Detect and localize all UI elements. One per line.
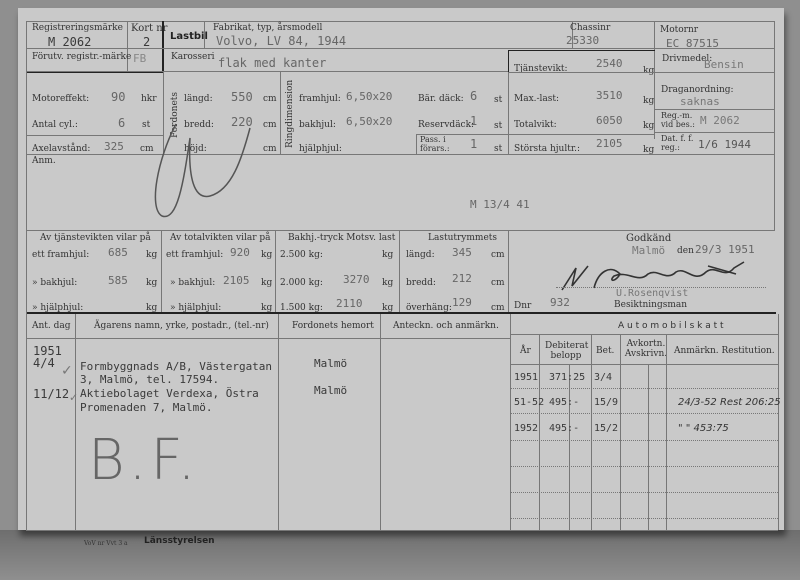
approval-den: den (677, 246, 694, 256)
axle-label: Axelavstånd: (32, 144, 90, 154)
chassis-label: Chassinr (570, 23, 610, 33)
handwritten-initials: B.F. (88, 428, 199, 493)
rule (26, 21, 774, 22)
max-load-label: Max.-last: (514, 94, 559, 104)
card-value: 2 (143, 35, 150, 49)
axle-total-title: Av totalvikten vilar på (170, 233, 271, 243)
tax-row-note: " " 453:75 (678, 423, 729, 434)
rule (508, 230, 509, 312)
rule (778, 314, 779, 530)
reg-value: M 2062 (48, 35, 91, 49)
unit: kg (261, 250, 272, 260)
tax-row-paid: 15/9 (594, 397, 618, 408)
tax-row-year: 1952 (514, 423, 538, 434)
vehicle-type: Lastbil (170, 31, 208, 42)
unit: kg (382, 278, 393, 288)
owners-header-notes: Anteckn. och anmärkn. (393, 321, 499, 331)
rule (654, 132, 774, 133)
prev-reg-value: FB (133, 52, 146, 65)
largest-wheel-label: Största hjultr.: (514, 144, 580, 154)
rule (416, 134, 417, 154)
axle-service-title: Av tjänstevikten vilar på (40, 233, 151, 243)
owner-row-1-line1: Formbyggnads A/B, Västergatan (80, 360, 272, 373)
authority-label: Länsstyrelsen (144, 536, 215, 546)
pressure-row2-label: 2.000 kg: (280, 278, 323, 288)
unit: st (494, 95, 502, 105)
unit: st (494, 121, 502, 131)
spare-value: 1 (470, 114, 477, 128)
axle-total-front-label: ett framhjul: (166, 250, 223, 260)
rule (510, 364, 778, 365)
power-label: Motoreffekt: (32, 94, 89, 104)
total-weight-label: Totalvikt: (514, 120, 557, 130)
tax-row-amount: 495:- (549, 423, 579, 434)
cargo-width-label: bredd: (406, 278, 436, 288)
unit: kg (643, 96, 654, 106)
tax-title: A u t o m o b i l s k a t t (618, 321, 724, 331)
cyl-value: 6 (118, 116, 125, 130)
rims-section-label: Ringdimension (285, 80, 295, 148)
total-weight-value: 6050 (596, 114, 623, 127)
rule (774, 21, 775, 231)
tax-row-paid: 3/4 (594, 372, 612, 383)
handwritten-w-mark (148, 118, 268, 228)
tax-row-year: 51-52 (514, 397, 544, 408)
reg-label: Registreringsmärke (32, 23, 123, 33)
axle-service-front-label: ett framhjul: (32, 250, 89, 260)
rule (380, 314, 381, 530)
unit: cm (491, 278, 505, 288)
unit: kg (261, 278, 272, 288)
owner-row-2-line2: Promenaden 7, Malmö. (80, 401, 212, 414)
background-shadow (0, 530, 800, 580)
owner-row-2-home: Malmö (314, 384, 347, 397)
cargo-width-value: 212 (452, 272, 472, 285)
tow-label: Draganordning: (661, 85, 734, 95)
rule (26, 230, 774, 231)
rule (510, 388, 778, 389)
rule (510, 440, 778, 441)
tax-row-year: 1951 (514, 372, 538, 383)
rule (510, 466, 778, 467)
unit: cm (263, 94, 277, 104)
make-value: Volvo, LV 84, 1944 (216, 34, 346, 48)
first-reg-date-value: 1/6 1944 (698, 138, 751, 151)
cargo-overhang-value: 129 (452, 296, 472, 309)
cargo-length-value: 345 (452, 246, 472, 259)
rim-front-value: 6,50x20 (346, 90, 392, 103)
pressure-row2-value: 3270 (343, 273, 370, 286)
unit: st (494, 144, 502, 154)
owner-row-2-line1: Aktiebolaget Verdexa, Östra (80, 387, 259, 400)
unit: kg (146, 250, 157, 260)
rim-rear-label: bakhjul: (299, 120, 336, 130)
rear-pressure-title: Bakhj.-tryck Motsv. last (288, 233, 395, 243)
dnr-label: Dnr (514, 301, 531, 311)
axle-total-front-value: 920 (230, 246, 250, 259)
prev-reg-label: Förutv. registr.-märke (32, 52, 131, 62)
motor-label: Motornr (660, 25, 698, 35)
passengers-label: Pass. i förars.: (420, 135, 462, 153)
owner-row-2-date: 11/12 (33, 387, 69, 401)
inspector-name: U.Rosenqvist (616, 288, 688, 299)
tax-header-deduct: Avkortn. Avskrivn. (623, 339, 669, 359)
power-unit: hkr (141, 94, 157, 104)
rule (204, 21, 205, 49)
cargo-title: Lastutrymmets (428, 233, 497, 243)
reg-at-inspection-label: Reg.-m. vid bes.: (661, 111, 701, 129)
remarks-label: Anm. (32, 156, 56, 166)
rule (510, 413, 778, 414)
unit: kg (146, 278, 157, 288)
approval-title: Godkänd (626, 233, 671, 244)
rule (508, 134, 654, 135)
spare-label: Reservdäck: (418, 120, 474, 130)
owner-row-1-date: 4/4 (33, 356, 55, 370)
tax-row-amount: 371:25 (549, 372, 585, 383)
tow-value: saknas (680, 95, 720, 108)
registration-card: Registreringsmärke M 2062 Kort nr 2 Föru… (18, 8, 784, 530)
body-label: Karosseri (171, 52, 215, 62)
tax-row-amount: 495:- (549, 397, 579, 408)
owners-header-date: Ant. dag (32, 321, 71, 331)
unit: cm (491, 250, 505, 260)
rule (278, 314, 279, 530)
rule (26, 154, 774, 155)
tax-header-year: År (520, 346, 531, 356)
rule (508, 50, 509, 72)
axle-total-rear-value: 2105 (223, 274, 250, 287)
load-tyres-value: 6 (470, 89, 477, 103)
rule (26, 71, 508, 72)
inspector-label: Besiktningsman (614, 300, 687, 310)
approval-date: 29/3 1951 (695, 243, 755, 256)
tax-header-notes: Anmärkn. Restitution. (674, 346, 775, 356)
rule (508, 72, 774, 73)
make-label: Fabrikat, typ, årsmodell (213, 23, 322, 33)
max-load-value: 3510 (596, 89, 623, 102)
rule (26, 48, 162, 49)
chassis-value: 25330 (566, 34, 599, 47)
largest-wheel-value: 2105 (596, 137, 623, 150)
axle-service-rear-value: 585 (108, 274, 128, 287)
unit: kg (643, 121, 654, 131)
unit: kg (643, 66, 654, 76)
pressure-row1-label: 2.500 kg: (280, 250, 323, 260)
axle-total-rear-label: » bakhjul: (170, 278, 215, 288)
rule (399, 230, 400, 312)
rule (161, 230, 162, 312)
owner-row-1-line2: 3, Malmö, tel. 17594. (80, 373, 219, 386)
rule (26, 312, 776, 314)
approval-place: Malmö (632, 244, 665, 257)
rule (510, 334, 778, 335)
load-tyres-label: Bär. däck: (418, 94, 464, 104)
rule (26, 530, 778, 531)
owners-header-owner: Ägarens namn, yrke, postadr., (tel.-nr) (94, 321, 269, 331)
rule (26, 338, 510, 339)
passengers-value: 1 (470, 137, 477, 151)
rim-aux-label: hjälphjul: (299, 144, 342, 154)
tax-row-paid: 15/2 (594, 423, 618, 434)
check-mark-icon: ✓ (61, 363, 73, 379)
cyl-label: Antal cyl.: (32, 120, 78, 130)
rule (26, 21, 27, 531)
tax-header-amount: Debiterat belopp (545, 341, 587, 361)
motor-value: EC 87515 (666, 37, 719, 50)
rule (26, 135, 163, 136)
rule (510, 492, 778, 493)
length-label: längd: (184, 94, 213, 104)
rule (510, 314, 511, 530)
rule (654, 109, 774, 110)
cargo-length-label: längd: (406, 250, 435, 260)
rule (280, 72, 281, 154)
power-value: 90 (111, 90, 125, 104)
body-value: flak med kanter (218, 56, 326, 70)
pressure-row3-value: 2110 (336, 297, 363, 310)
unit: kg (382, 250, 393, 260)
rim-rear-value: 6,50x20 (346, 115, 392, 128)
check-mark-icon: ✓ (69, 391, 78, 404)
rule (508, 72, 509, 154)
axle-value: 325 (104, 140, 124, 153)
rim-front-label: framhjul: (299, 94, 341, 104)
rule (127, 21, 128, 71)
tax-row-note: 24/3-52 Rest 206:25 (678, 397, 781, 408)
fuel-value: Bensin (704, 58, 744, 71)
owners-header-home: Fordonets hemort (292, 321, 374, 331)
first-reg-date-label: Dat. f. f. reg.: (661, 134, 701, 152)
service-weight-value: 2540 (596, 57, 623, 70)
owner-row-1-home: Malmö (314, 357, 347, 370)
rule (510, 518, 778, 519)
rule (275, 230, 276, 312)
rule (162, 21, 164, 73)
axle-service-rear-label: » bakhjul: (32, 278, 77, 288)
tax-header-paid: Bet. (596, 346, 614, 356)
dnr-value: 932 (550, 296, 570, 309)
length-value: 550 (231, 90, 253, 104)
reg-at-inspection-value: M 2062 (700, 114, 740, 127)
form-number: VoV nr Vvt 3 a (84, 540, 128, 547)
axle-service-front-value: 685 (108, 246, 128, 259)
remarks-stamp: M 13/4 41 (470, 198, 530, 211)
rule (508, 50, 655, 51)
rule (75, 314, 76, 530)
